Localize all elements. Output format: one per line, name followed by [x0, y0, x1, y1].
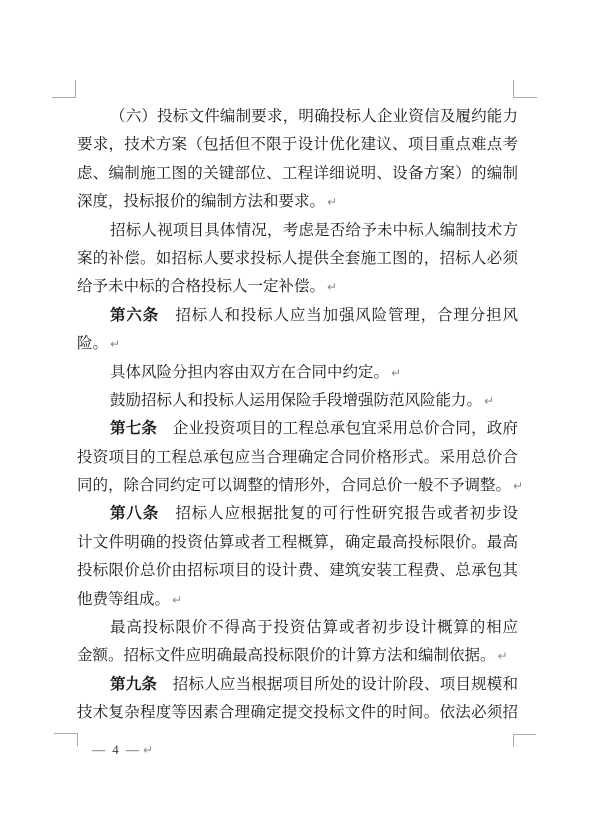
text-boundary-mark-top-right [513, 80, 537, 98]
paragraph-mark-icon: ↵ [143, 743, 155, 757]
body-text: （六）投标文件编制要求，明确投标人企业资信及履约能力 [110, 108, 518, 125]
text-line: 第七条 企业投资项目的工程总承包宜采用总价合同，政府 [77, 415, 518, 443]
body-text: 招标人应根据批复的可行性研究报告或者初步设 [159, 505, 518, 522]
body-text: 投资项目的工程总承包应当合理确定合同价格形式。采用总价合 [77, 449, 518, 466]
body-text: 金额。招标文件应明确最高投标限价的计算方法和编制依据。 [77, 647, 496, 664]
body-text: 要求，技术方案（包括但不限于设计优化建议、项目重点难点考 [77, 136, 518, 153]
body-text: 投标限价总价由招标项目的设计费、建筑安装工程费、总承包其 [77, 562, 518, 579]
text-line: 案的补偿。如招标人要求投标人提供全套施工图的，招标人必须 [77, 245, 518, 273]
text-line: 计文件明确的投资估算或者工程概算，确定最高投标限价。最高 [77, 529, 518, 557]
text-line: 金额。招标文件应明确最高投标限价的计算方法和编制依据。↵ [77, 642, 518, 670]
page-number: — 4 — [92, 742, 141, 757]
text-line: 投标限价总价由招标项目的设计费、建筑安装工程费、总承包其 [77, 557, 518, 585]
document-body: （六）投标文件编制要求，明确投标人企业资信及履约能力 要求，技术方案（包括但不限… [77, 103, 518, 728]
body-text: 鼓励招标人和投标人运用保险手段增强防范风险能力。 [110, 392, 482, 409]
text-line: 第九条 招标人应当根据项目所处的设计阶段、项目规模和 [77, 671, 518, 699]
paragraph-mark-icon: ↵ [391, 366, 401, 380]
paragraph-mark-icon: ↵ [513, 479, 523, 493]
text-line: 虑、编制施工图的关键部位、工程详细说明、设备方案）的编制 [77, 160, 518, 188]
text-line: 给予未中标的合格投标人一定补偿。↵ [77, 273, 518, 301]
text-line: （六）投标文件编制要求，明确投标人企业资信及履约能力 [77, 103, 518, 131]
paragraph-mark-icon: ↵ [484, 394, 494, 408]
body-text: 技术复杂程度等因素合理确定提交投标文件的时间。依法必须招 [77, 704, 518, 721]
body-text: 计文件明确的投资估算或者工程概算，确定最高投标限价。最高 [77, 534, 518, 551]
section-heading: 第九条 [110, 676, 157, 693]
body-text: 虑、编制施工图的关键部位、工程详细说明、设备方案）的编制 [77, 165, 518, 182]
body-text: 深度，投标报价的编制方法和要求。 [77, 193, 325, 210]
paragraph-mark-icon: ↵ [498, 649, 508, 663]
text-line: 同的，除合同约定可以调整的情形外，合同总价一般不予调整。↵ [77, 472, 518, 500]
text-line: 深度，投标报价的编制方法和要求。↵ [77, 188, 518, 216]
text-line: 技术复杂程度等因素合理确定提交投标文件的时间。依法必须招 [77, 699, 518, 727]
text-boundary-mark-bottom-right [513, 734, 536, 747]
body-text: 具体风险分担内容由双方在合同中约定。 [110, 364, 389, 381]
section-heading: 第六条 [110, 307, 159, 324]
text-line: 鼓励招标人和投标人运用保险手段增强防范风险能力。↵ [77, 387, 518, 415]
text-line: 第六条 招标人和投标人应当加强风险管理，合理分担风 [77, 302, 518, 330]
text-line: 具体风险分担内容由双方在合同中约定。↵ [77, 359, 518, 387]
text-line: 要求，技术方案（包括但不限于设计优化建议、项目重点难点考 [77, 131, 518, 159]
text-boundary-mark-bottom-left [54, 733, 78, 746]
paragraph-mark-icon: ↵ [172, 593, 182, 607]
text-line: 险。↵ [77, 330, 518, 358]
body-text: 招标人应当根据项目所处的设计阶段、项目规模和 [157, 676, 518, 693]
section-heading: 第七条 [110, 420, 157, 437]
body-text: 给予未中标的合格投标人一定补偿。 [77, 278, 325, 295]
body-text: 企业投资项目的工程总承包宜采用总价合同，政府 [157, 420, 518, 437]
page-footer: — 4 —↵ [92, 741, 155, 759]
paragraph-mark-icon: ↵ [110, 337, 120, 351]
text-line: 他费等组成。↵ [77, 586, 518, 614]
paragraph-mark-icon: ↵ [327, 280, 337, 294]
body-text: 同的，除合同约定可以调整的情形外，合同总价一般不予调整。 [77, 477, 511, 494]
text-line: 招标人视项目具体情况，考虑是否给予未中标人编制技术方 [77, 217, 518, 245]
text-line: 最高投标限价不得高于投资估算或者初步设计概算的相应 [77, 614, 518, 642]
body-text: 案的补偿。如招标人要求投标人提供全套施工图的，招标人必须 [77, 250, 518, 267]
text-line: 第八条 招标人应根据批复的可行性研究报告或者初步设 [77, 500, 518, 528]
body-text: 招标人和投标人应当加强风险管理，合理分担风 [159, 307, 518, 324]
paragraph-mark-icon: ↵ [327, 195, 337, 209]
text-boundary-mark-top-left [52, 80, 76, 98]
text-line: 投资项目的工程总承包应当合理确定合同价格形式。采用总价合 [77, 444, 518, 472]
document-page: （六）投标文件编制要求，明确投标人企业资信及履约能力 要求，技术方案（包括但不限… [0, 0, 592, 833]
body-text: 最高投标限价不得高于投资估算或者初步设计概算的相应 [110, 619, 518, 636]
body-text: 招标人视项目具体情况，考虑是否给予未中标人编制技术方 [110, 222, 518, 239]
body-text: 他费等组成。 [77, 591, 170, 608]
body-text: 险。 [77, 335, 108, 352]
section-heading: 第八条 [110, 505, 159, 522]
